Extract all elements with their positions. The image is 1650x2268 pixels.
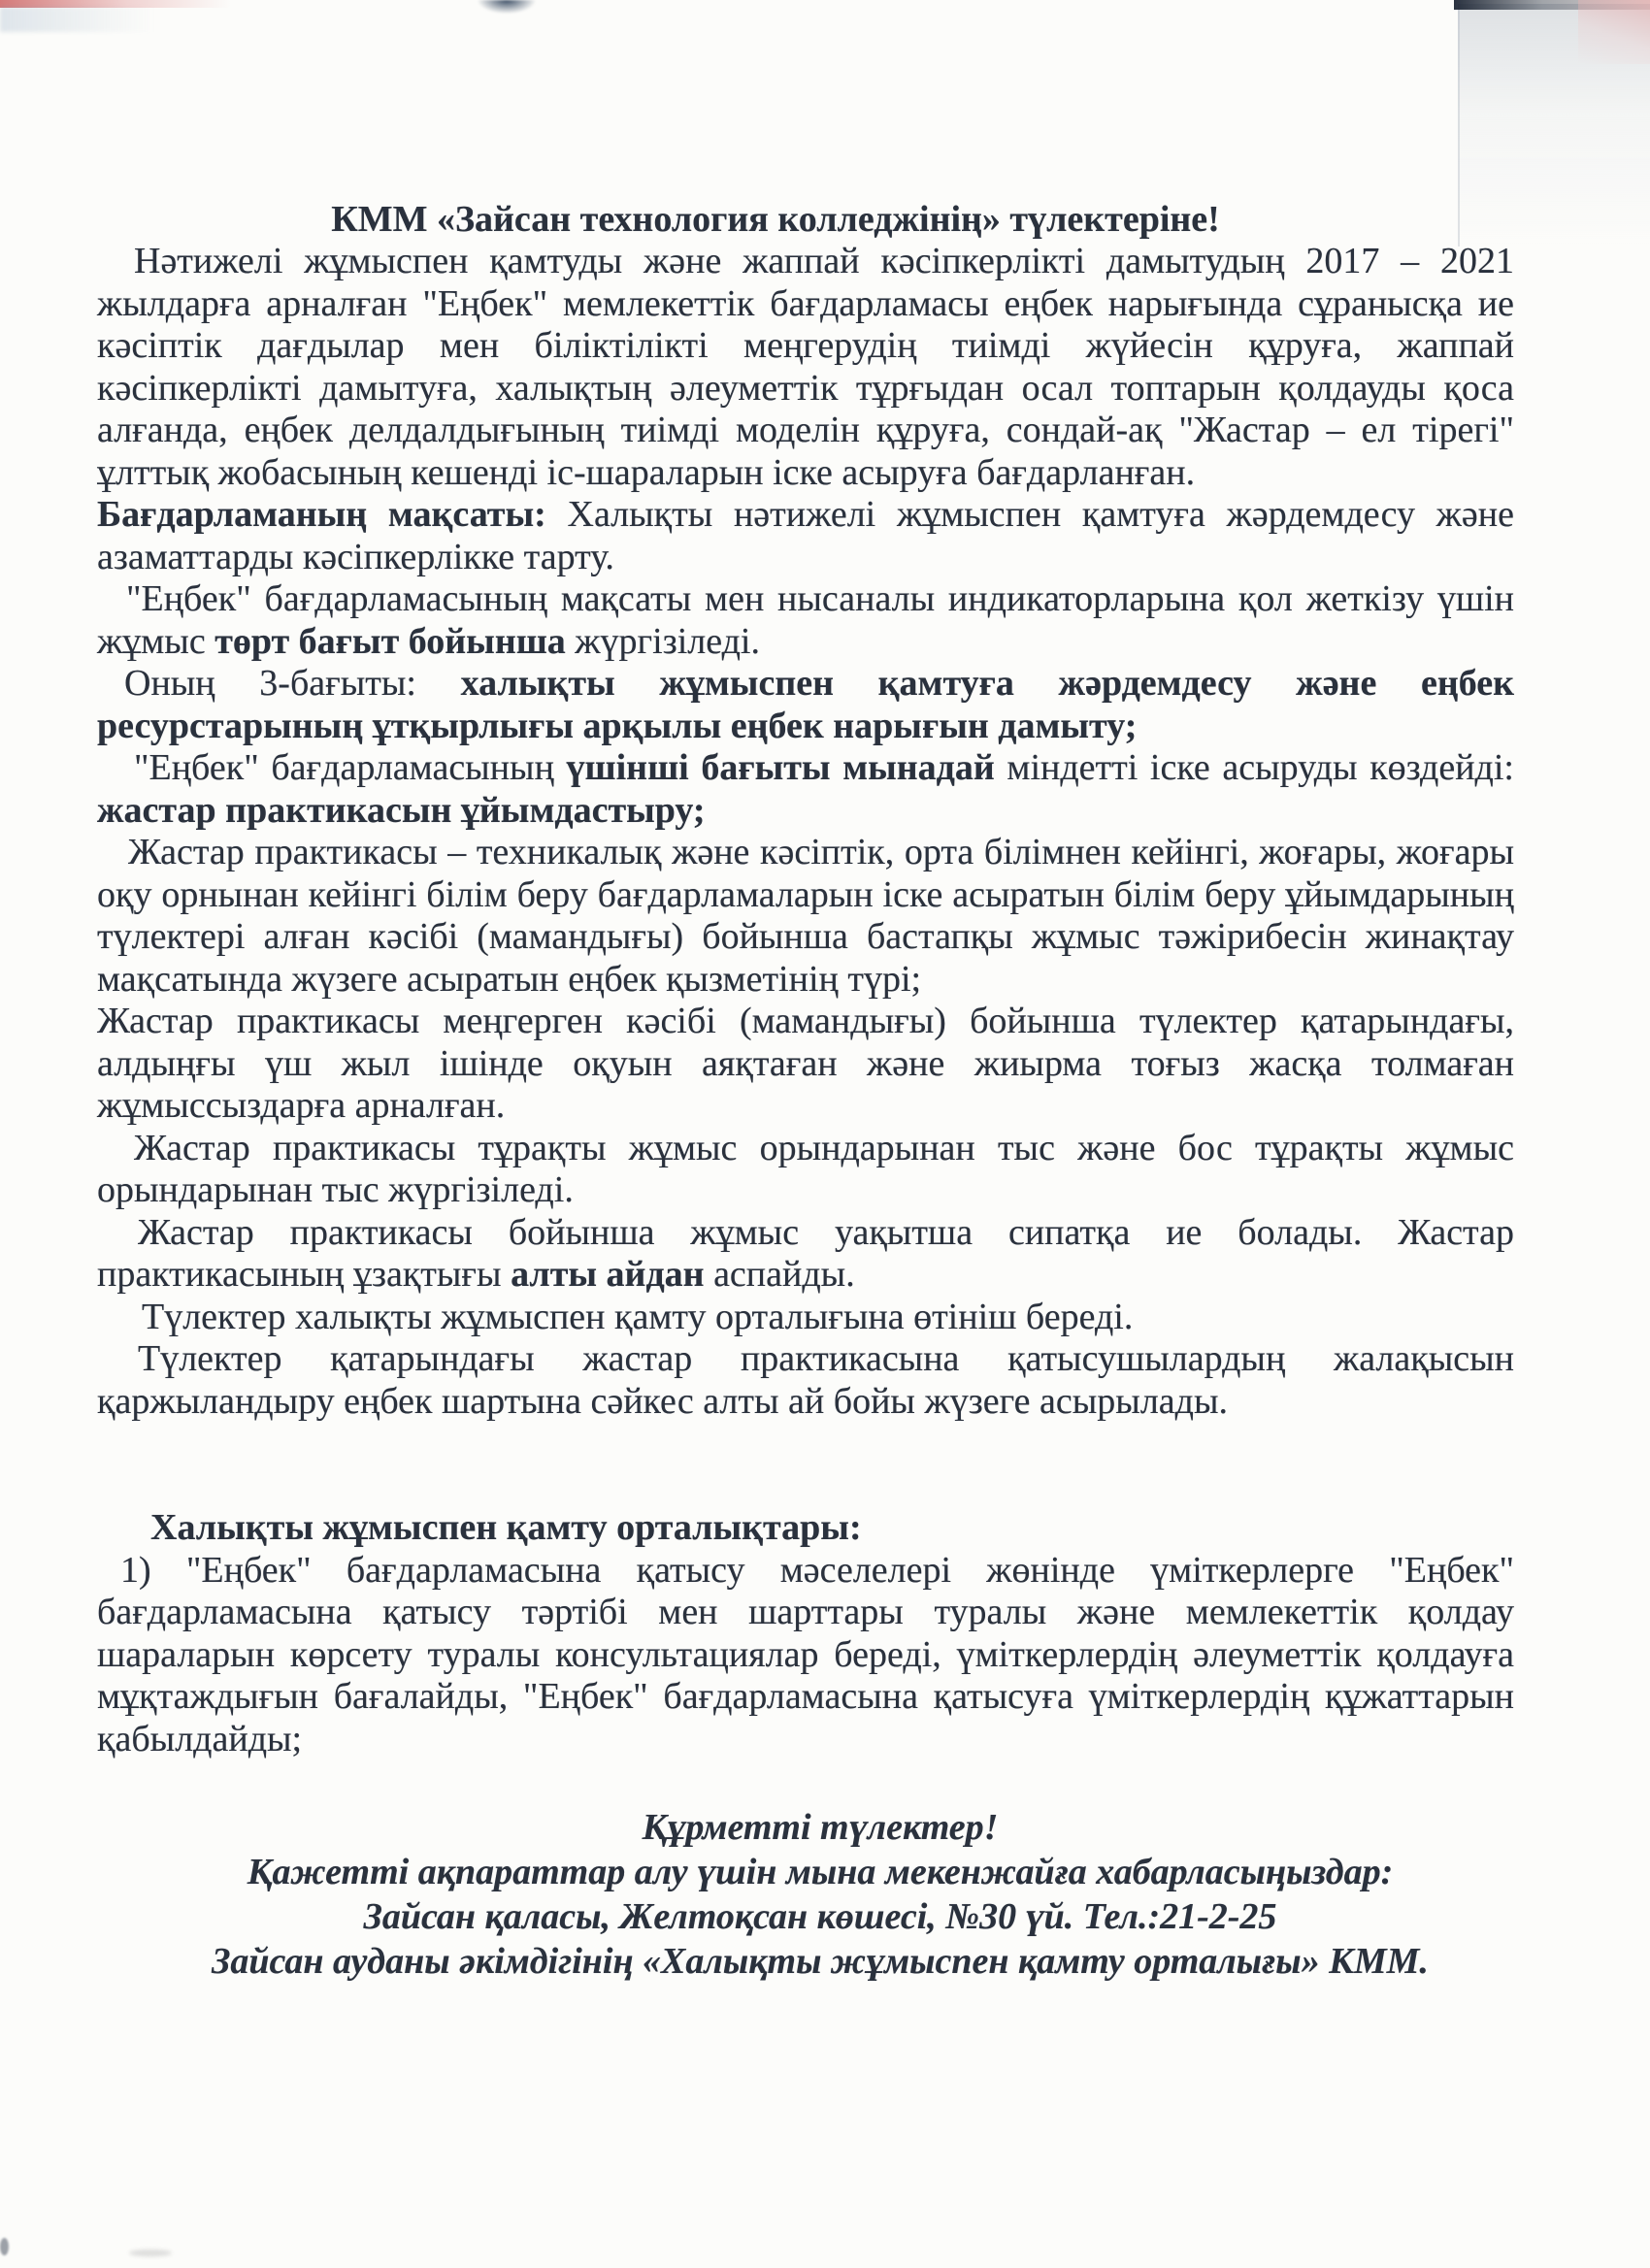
- paragraph-outside-permanent-jobs: Жастар практикасы тұрақты жұмыс орындары…: [97, 1128, 1514, 1212]
- text-run: Жастар практикасы меңгерген кәсібі (мама…: [97, 1001, 1514, 1126]
- paragraph-wage-financing: Түлектер қатарындағы жастар практикасына…: [97, 1338, 1514, 1423]
- paragraph-centers-item-1: 1) "Еңбек" бағдарламасына қатысу мәселел…: [97, 1550, 1514, 1761]
- document-body: Нәтижелі жұмыспен қамтуды және жаппай кә…: [97, 241, 1514, 1423]
- scan-artifact-bottom-left-speck: [0, 2238, 9, 2255]
- scan-artifact-top-right-pink-corner: [1578, 0, 1650, 64]
- bold-text-run: Бағдарламаның мақсаты:: [97, 494, 546, 535]
- text-run: Оның 3-бағыты:: [124, 663, 461, 704]
- bold-text-run: үшінші бағыты мынадай: [567, 747, 995, 788]
- paragraph-intro: Нәтижелі жұмыспен қамтуды және жаппай кә…: [97, 241, 1514, 494]
- closing-line-1: Құрметті түлектер!: [126, 1805, 1514, 1850]
- text-run: жүргізіледі.: [566, 621, 760, 662]
- bold-text-run: жастар практикасын ұйымдастыру;: [97, 790, 706, 831]
- paragraph-four-directions: "Еңбек" бағдарламасының мақсаты мен ныса…: [97, 578, 1514, 663]
- text-run: Жастар практикасы – техникалық және кәсі…: [97, 832, 1514, 1000]
- closing-block: Құрметті түлектер!Қажетті ақпараттар алу…: [97, 1805, 1514, 1984]
- paragraph-youth-practice-definition: Жастар практикасы – техникалық және кәсі…: [97, 832, 1514, 1001]
- text-run: міндетті іске асыруды көздейді:: [995, 747, 1514, 788]
- text-run: Нәтижелі жұмыспен қамтуды және жаппай кә…: [97, 241, 1514, 493]
- text-run: Түлектер қатарындағы жастар практикасына…: [97, 1338, 1514, 1422]
- scan-artifact-bottom-smudge: [129, 2250, 172, 2256]
- section-heading: Халықты жұмыспен қамту орталықтары:: [150, 1507, 1514, 1550]
- document-content: КММ «Зайсан технология колледжінің» түле…: [97, 0, 1514, 1984]
- closing-line-4: Зайсан ауданы әкімдігінің «Халықты жұмыс…: [126, 1939, 1514, 1984]
- text-run: Түлектер халықты жұмыспен қамту орталығы…: [142, 1297, 1133, 1337]
- paragraph-third-direction-task: "Еңбек" бағдарламасының үшінші бағыты мы…: [97, 747, 1514, 832]
- text-run: Жастар практикасы тұрақты жұмыс орындары…: [97, 1128, 1514, 1211]
- document-title: КММ «Зайсан технология колледжінің» түле…: [97, 198, 1454, 241]
- closing-line-2: Қажетті ақпараттар алу үшін мына мекенжа…: [126, 1850, 1514, 1894]
- paragraph-program-goal: Бағдарламаның мақсаты: Халықты нәтижелі …: [97, 494, 1514, 578]
- paragraph-third-direction: Оның 3-бағыты: халықты жұмыспен қамтуға …: [97, 663, 1514, 747]
- bold-text-run: төрт бағыт бойынша: [214, 621, 566, 662]
- closing-line-3: Зайсан қаласы, Желтоқсан көшесі, №30 үй.…: [126, 1894, 1514, 1939]
- bold-text-run: алты айдан: [511, 1254, 705, 1295]
- paragraph-eligibility: Жастар практикасы меңгерген кәсібі (мама…: [97, 1001, 1514, 1128]
- text-run: "Еңбек" бағдарламасының: [134, 747, 567, 788]
- paragraph-temporary-nature: Жастар практикасы бойынша жұмыс уақытша …: [97, 1212, 1514, 1297]
- paragraph-application: Түлектер халықты жұмыспен қамту орталығы…: [97, 1297, 1514, 1339]
- section-body: 1) "Еңбек" бағдарламасына қатысу мәселел…: [97, 1550, 1514, 1761]
- text-run: 1) "Еңбек" бағдарламасына қатысу мәселел…: [97, 1550, 1514, 1759]
- scanned-document-page: КММ «Зайсан технология колледжінің» түле…: [0, 0, 1650, 2268]
- text-run: аспайды.: [705, 1254, 855, 1295]
